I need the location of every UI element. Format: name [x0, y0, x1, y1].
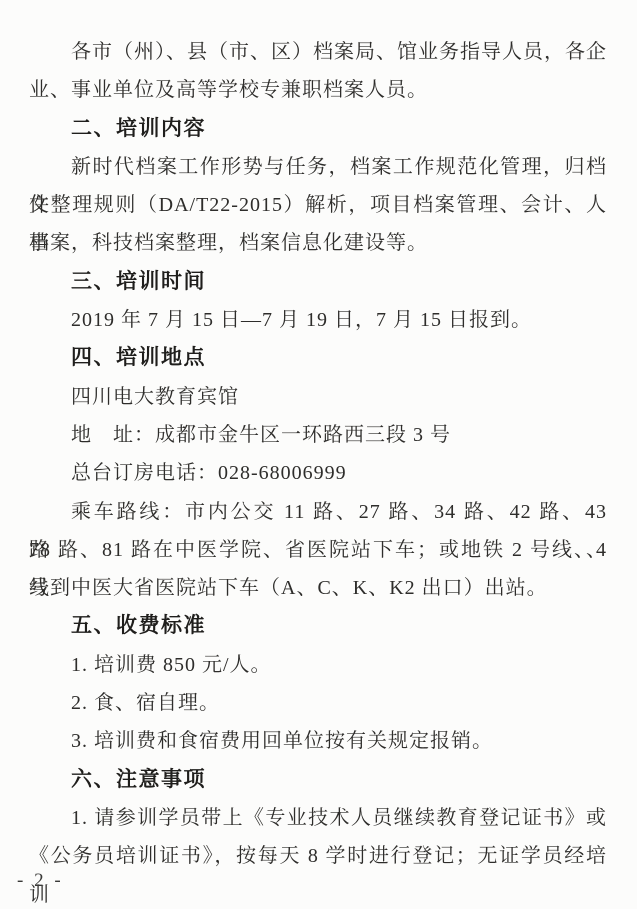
- text-line: 业、事业单位及高等学校专兼职档案人员。: [29, 71, 607, 109]
- section-heading: 六、注意事项: [29, 761, 607, 799]
- document-page: 各市（州）、县（市、区）档案局、馆业务指导人员，各企业、事业单位及高等学校专兼职…: [0, 0, 637, 909]
- text-line: 1. 培训费 850 元/人。: [29, 646, 607, 684]
- text-line: 2019 年 7 月 15 日—7 月 19 日，7 月 15 日报到。: [29, 301, 607, 339]
- text-line: 3. 培训费和食宿费用回单位按有关规定报销。: [29, 722, 607, 760]
- text-line: 各市（州）、县（市、区）档案局、馆业务指导人员，各企: [29, 33, 607, 71]
- section-heading: 五、收费标准: [29, 607, 607, 645]
- text-line: 《公务员培训证书》，按每天 8 学时进行登记；无证学员经培训: [29, 837, 607, 875]
- text-line: 地 址：成都市金牛区一环路西三段 3 号: [29, 416, 607, 454]
- text-line: 档案，科技档案整理，档案信息化建设等。: [29, 224, 607, 262]
- text-line: 新时代档案工作形势与任务，档案工作规范化管理，归档文: [29, 148, 607, 186]
- section-heading: 四、培训地点: [29, 339, 607, 377]
- section-heading: 三、培训时间: [29, 263, 607, 301]
- text-line: 78 路、81 路在中医学院、省医院站下车；或地铁 2 号线、4 号: [29, 531, 607, 569]
- text-line: 2. 食、宿自理。: [29, 684, 607, 722]
- text-line: 件整理规则（DA/T22-2015）解析，项目档案管理、会计、人事: [29, 186, 607, 224]
- text-line: 1. 请参训学员带上《专业技术人员继续教育登记证书》或: [29, 799, 607, 837]
- page-number: - 2 -: [17, 869, 64, 893]
- text-line: 线到中医大省医院站下车（A、C、K、K2 出口）出站。: [29, 569, 607, 607]
- text-line: 总台订房电话：028-68006999: [29, 454, 607, 492]
- section-heading: 二、培训内容: [29, 110, 607, 148]
- text-line: 乘车路线：市内公交 11 路、27 路、34 路、42 路、43 路、: [29, 493, 607, 531]
- text-line: 四川电大教育宾馆: [29, 378, 607, 416]
- document-content: 各市（州）、县（市、区）档案局、馆业务指导人员，各企业、事业单位及高等学校专兼职…: [29, 33, 607, 876]
